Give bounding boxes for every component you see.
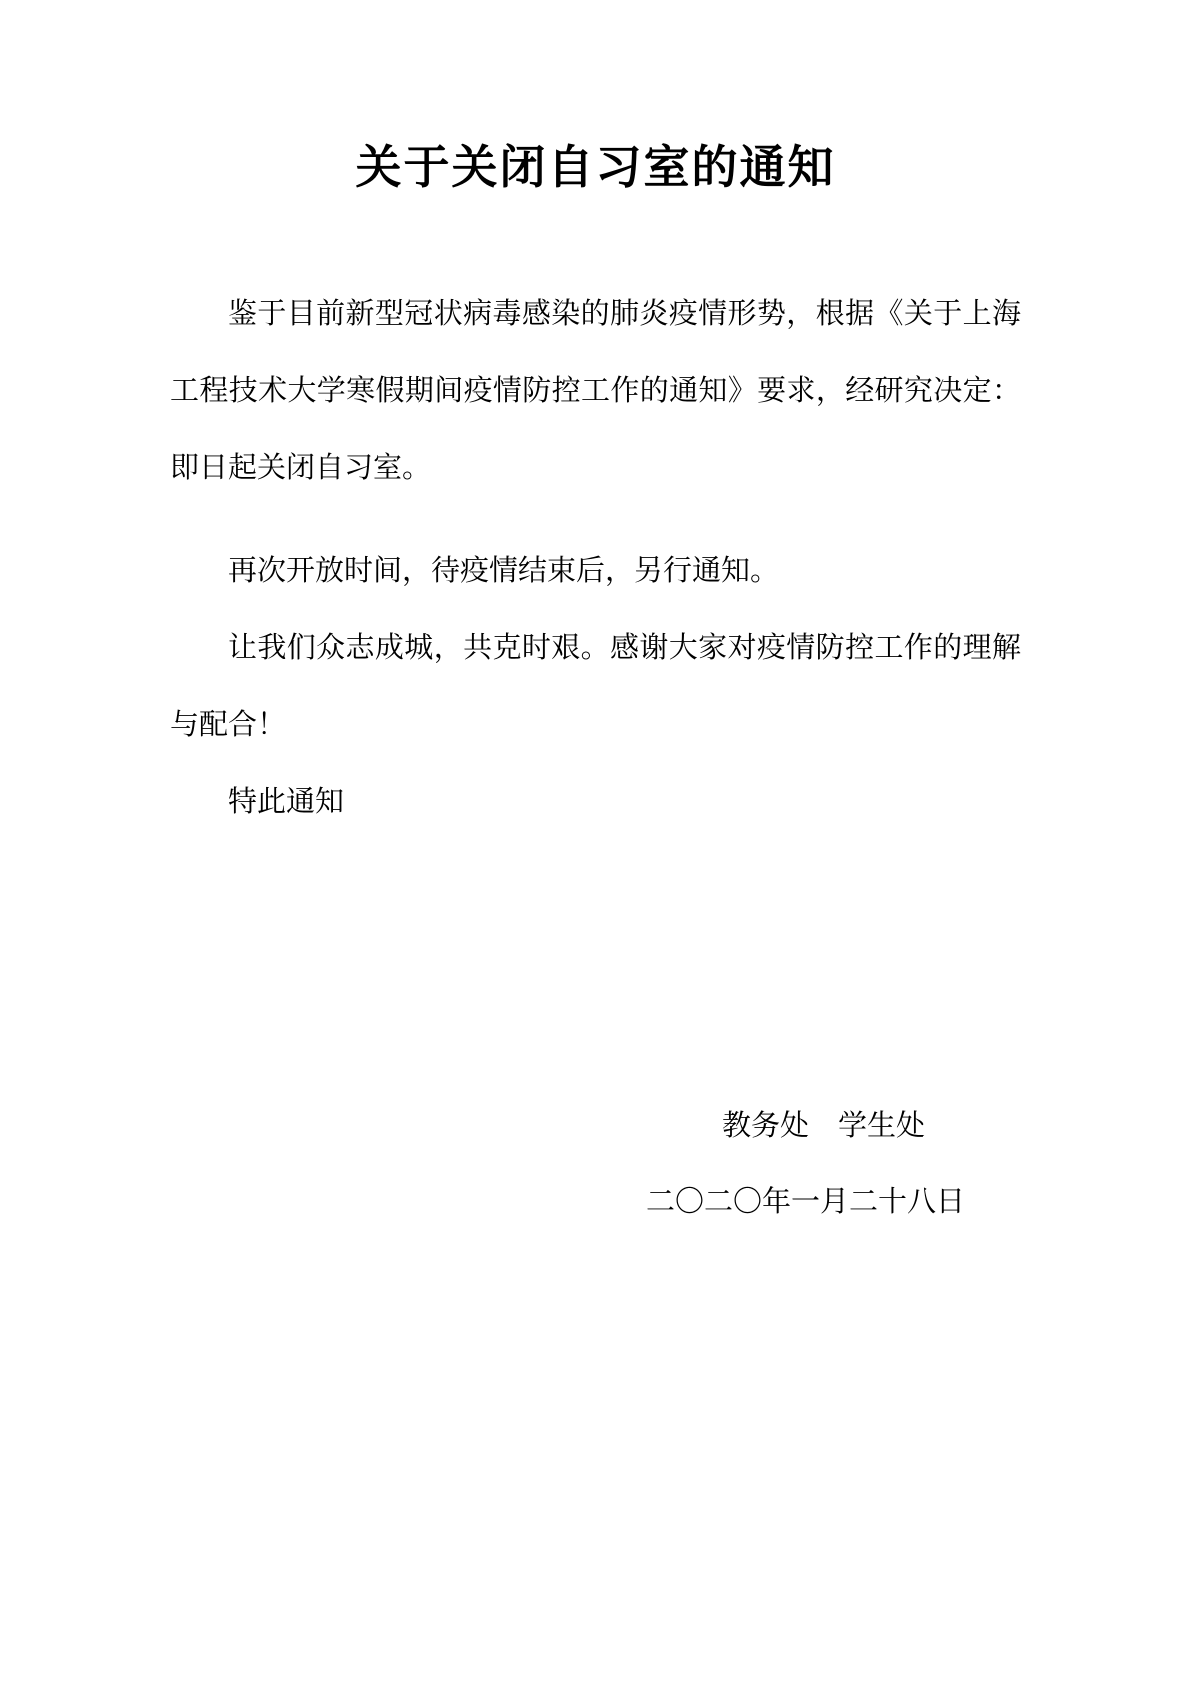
paragraph-3: 让我们众志成城，共克时艰。感谢大家对疫情防控工作的理解与配合！ bbox=[170, 610, 1021, 764]
document-body: 鉴于目前新型冠状病毒感染的肺炎疫情形势，根据《关于上海工程技术大学寒假期间疫情防… bbox=[170, 276, 1021, 1225]
document-title: 关于关闭自习室的通知 bbox=[0, 0, 1191, 198]
paragraph-closing: 特此通知 bbox=[170, 764, 1021, 841]
document-page: 关于关闭自习室的通知 鉴于目前新型冠状病毒感染的肺炎疫情形势，根据《关于上海工程… bbox=[0, 0, 1191, 1684]
signature-block: 教务处 学生处 二〇二〇年一月二十八日 bbox=[170, 1103, 1021, 1225]
signature-departments: 教务处 学生处 bbox=[170, 1103, 1021, 1149]
paragraph-2: 再次开放时间，待疫情结束后，另行通知。 bbox=[170, 533, 1021, 610]
document-date: 二〇二〇年一月二十八日 bbox=[170, 1179, 1021, 1225]
paragraph-1: 鉴于目前新型冠状病毒感染的肺炎疫情形势，根据《关于上海工程技术大学寒假期间疫情防… bbox=[170, 276, 1021, 507]
